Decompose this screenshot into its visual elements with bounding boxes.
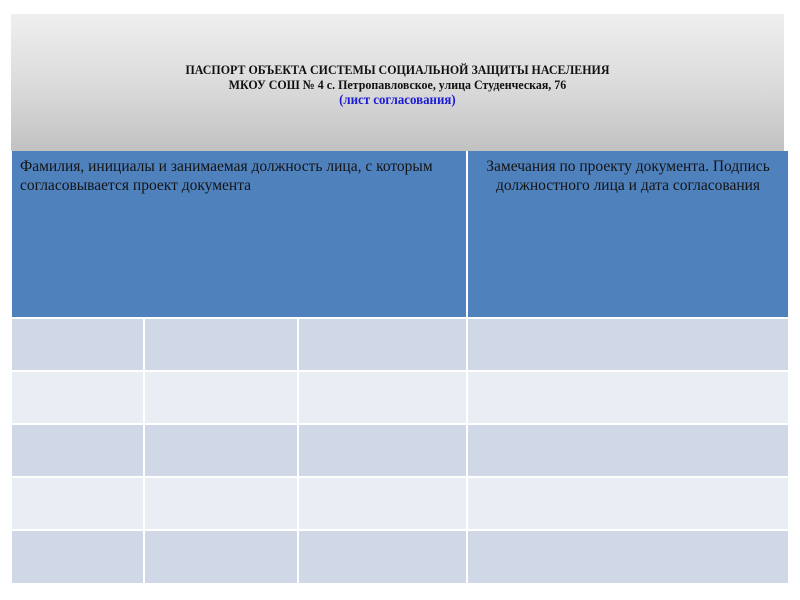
table-cell[interactable] — [467, 424, 788, 477]
title-line-2: МКОУ СОШ № 4 с. Петропавловское, улица С… — [229, 77, 567, 92]
table-cell[interactable] — [144, 530, 298, 583]
table-header-row: Фамилия, инициалы и занимаемая должность… — [12, 151, 788, 318]
table-row — [12, 371, 788, 424]
table-cell[interactable] — [12, 318, 144, 371]
title-line-1: ПАСПОРТ ОБЪЕКТА СИСТЕМЫ СОЦИАЛЬНОЙ ЗАЩИТ… — [185, 62, 609, 77]
table-cell[interactable] — [144, 424, 298, 477]
table-cell[interactable] — [12, 424, 144, 477]
table-cell[interactable] — [12, 477, 144, 530]
table-cell[interactable] — [467, 530, 788, 583]
subtitle: (лист согласования) — [339, 92, 456, 109]
table-cell[interactable] — [12, 371, 144, 424]
table-cell[interactable] — [298, 424, 467, 477]
table-cell[interactable] — [298, 318, 467, 371]
table-row — [12, 424, 788, 477]
table-cell[interactable] — [144, 371, 298, 424]
table-row — [12, 530, 788, 583]
table-cell[interactable] — [467, 477, 788, 530]
table-cell[interactable] — [467, 371, 788, 424]
table-cell[interactable] — [467, 318, 788, 371]
header-person: Фамилия, инициалы и занимаемая должность… — [12, 151, 467, 318]
table-cell[interactable] — [298, 530, 467, 583]
title-banner: ПАСПОРТ ОБЪЕКТА СИСТЕМЫ СОЦИАЛЬНОЙ ЗАЩИТ… — [11, 14, 784, 151]
table-cell[interactable] — [298, 477, 467, 530]
table-cell[interactable] — [144, 477, 298, 530]
table-cell[interactable] — [144, 318, 298, 371]
table-cell[interactable] — [12, 530, 144, 583]
approval-table: Фамилия, инициалы и занимаемая должность… — [12, 151, 788, 583]
slide: ПАСПОРТ ОБЪЕКТА СИСТЕМЫ СОЦИАЛЬНОЙ ЗАЩИТ… — [0, 0, 800, 600]
table-cell[interactable] — [298, 371, 467, 424]
table-row — [12, 477, 788, 530]
table-row — [12, 318, 788, 371]
header-remarks: Замечания по проекту документа. Подпись … — [467, 151, 788, 318]
